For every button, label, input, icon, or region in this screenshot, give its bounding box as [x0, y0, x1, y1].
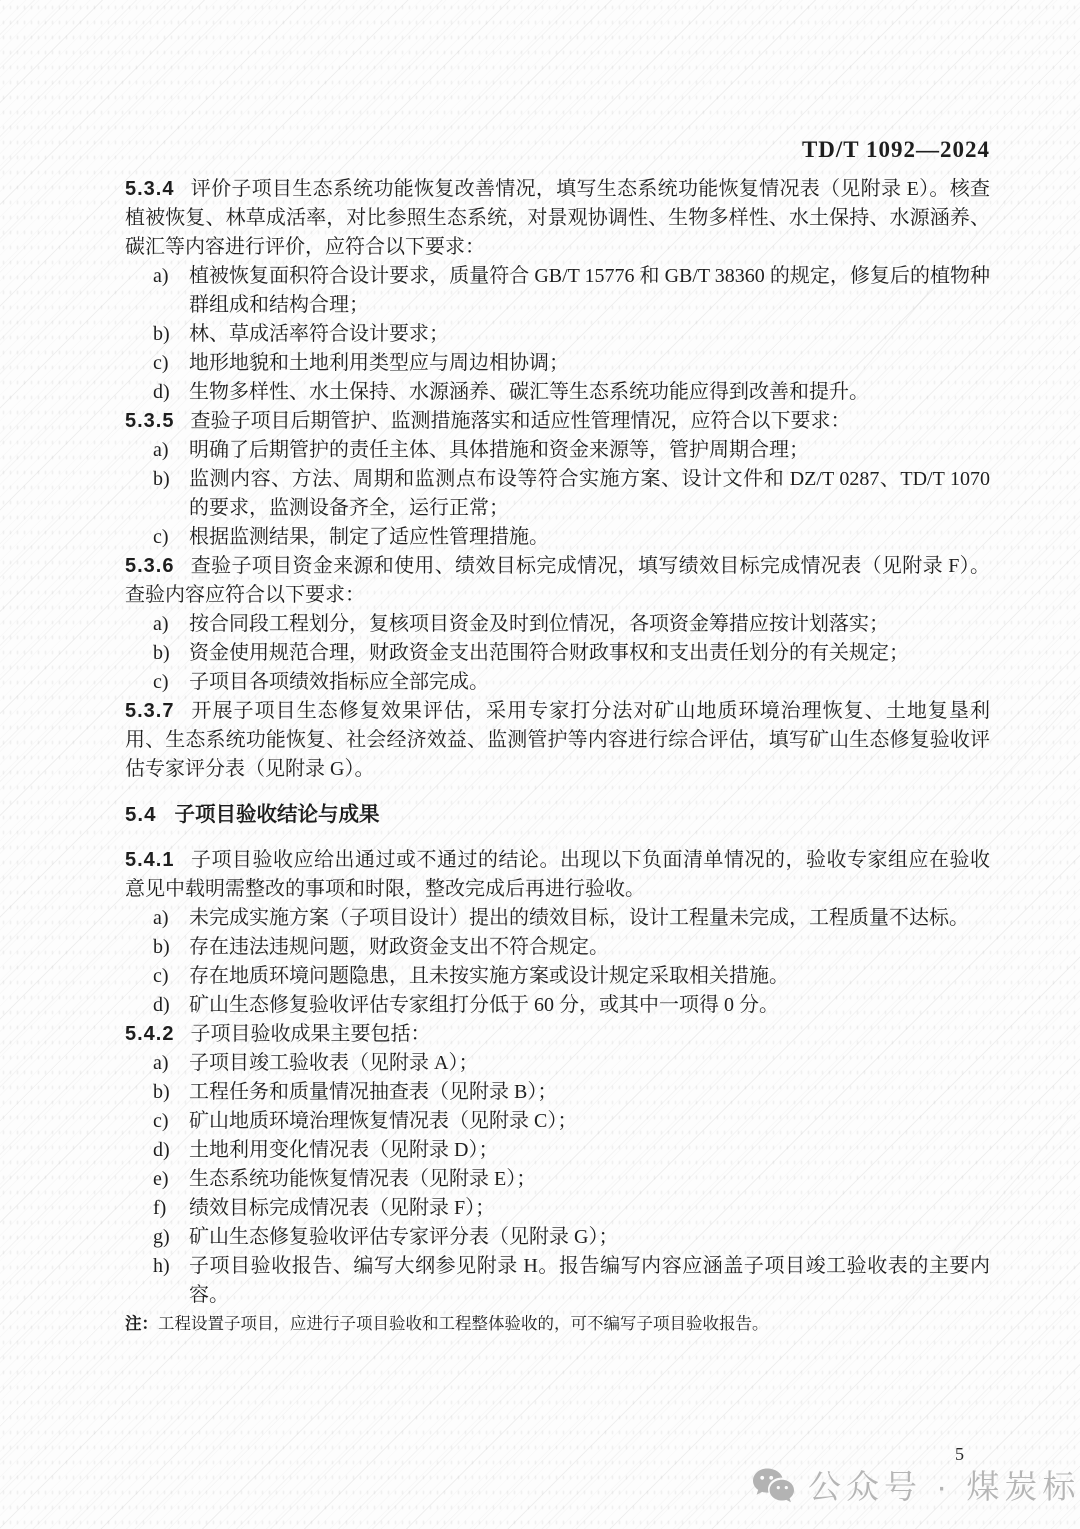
- item-label: c): [153, 962, 189, 991]
- item-text: 植被恢复面积符合设计要求，质量符合 GB/T 15776 和 GB/T 3836…: [189, 262, 990, 320]
- list-item-d: d)生物多样性、水土保持、水源涵养、碳汇等生态系统功能应得到改善和提升。: [125, 378, 990, 407]
- item-text: 矿山生态修复验收评估专家评分表（见附录 G）；: [189, 1223, 990, 1252]
- list-item-g: g)矿山生态修复验收评估专家评分表（见附录 G）；: [125, 1223, 990, 1252]
- list-item-a: a)植被恢复面积符合设计要求，质量符合 GB/T 15776 和 GB/T 38…: [125, 262, 990, 320]
- item-label: b): [153, 639, 189, 668]
- item-label: b): [153, 1078, 189, 1107]
- item-text: 监测内容、方法、周期和监测点布设等符合实施方案、设计文件和 DZ/T 0287、…: [189, 465, 990, 523]
- clause-5-3-4: 5.3.4评价子项目生态系统功能恢复改善情况，填写生态系统功能恢复情况表（见附录…: [125, 175, 990, 262]
- item-text: 资金使用规范合理，财政资金支出范围符合财政事权和支出责任划分的有关规定；: [189, 639, 990, 668]
- clause-text: 查验子项目资金来源和使用、绩效目标完成情况，填写绩效目标完成情况表（见附录 F）…: [125, 555, 990, 606]
- item-label: a): [153, 436, 189, 465]
- item-label: g): [153, 1223, 189, 1252]
- item-text: 绩效目标完成情况表（见附录 F）；: [189, 1194, 990, 1223]
- item-text: 生态系统功能恢复情况表（见附录 E）；: [189, 1165, 990, 1194]
- list-item-a: a)按合同段工程划分，复核项目资金及时到位情况，各项资金筹措应按计划落实；: [125, 610, 990, 639]
- item-label: e): [153, 1165, 189, 1194]
- clause-number: 5.4.1: [125, 849, 174, 871]
- list-item-f: f)绩效目标完成情况表（见附录 F）；: [125, 1194, 990, 1223]
- clause-number: 5.3.5: [125, 410, 174, 432]
- standard-number: TD/T 1092—2024: [802, 137, 990, 163]
- list-item-c: c)存在地质环境问题隐患，且未按实施方案或设计规定采取相关措施。: [125, 962, 990, 991]
- note-text: 工程设置子项目，应进行子项目验收和工程整体验收的，可不编写子项目验收报告。: [158, 1314, 769, 1333]
- document-page: TD/T 1092—2024 5.3.4评价子项目生态系统功能恢复改善情况，填写…: [0, 0, 1080, 1529]
- clause-text: 查验子项目后期管护、监测措施落实和适应性管理情况，应符合以下要求：: [190, 410, 850, 432]
- list-item-c: c)地形地貌和土地利用类型应与周边相协调；: [125, 349, 990, 378]
- item-label: c): [153, 349, 189, 378]
- list-item-a: a)明确了后期管护的责任主体、具体措施和资金来源等，管护周期合理；: [125, 436, 990, 465]
- list-item-d: d)矿山生态修复验收评估专家组打分低于 60 分，或其中一项得 0 分。: [125, 991, 990, 1020]
- list-item-d: d)土地利用变化情况表（见附录 D）；: [125, 1136, 990, 1165]
- note: 注：工程设置子项目，应进行子项目验收和工程整体验收的，可不编写子项目验收报告。: [125, 1311, 990, 1337]
- section-heading-5-4: 5.4子项目验收结论与成果: [125, 800, 990, 829]
- list-item-a: a)子项目竣工验收表（见附录 A）；: [125, 1049, 990, 1078]
- watermark: 公众号 · 煤炭标准: [752, 1461, 1080, 1508]
- item-label: a): [153, 262, 189, 320]
- item-text: 子项目各项绩效指标应全部完成。: [189, 668, 990, 697]
- list-item-b: b)工程任务和质量情况抽查表（见附录 B）；: [125, 1078, 990, 1107]
- clause-number: 5.3.4: [125, 178, 174, 200]
- item-text: 子项目竣工验收表（见附录 A）；: [189, 1049, 990, 1078]
- list-item-c: c)子项目各项绩效指标应全部完成。: [125, 668, 990, 697]
- note-label: 注：: [125, 1315, 158, 1333]
- document-body: 5.3.4评价子项目生态系统功能恢复改善情况，填写生态系统功能恢复情况表（见附录…: [125, 175, 990, 1337]
- list-item-a: a)未完成实施方案（子项目设计）提出的绩效目标，设计工程量未完成，工程质量不达标…: [125, 904, 990, 933]
- item-text: 工程任务和质量情况抽查表（见附录 B）；: [189, 1078, 990, 1107]
- clause-number: 5.3.7: [125, 700, 174, 722]
- list-item-b: b)存在违法违规问题，财政资金支出不符合规定。: [125, 933, 990, 962]
- item-text: 未完成实施方案（子项目设计）提出的绩效目标，设计工程量未完成，工程质量不达标。: [189, 904, 990, 933]
- list-item-b: b)监测内容、方法、周期和监测点布设等符合实施方案、设计文件和 DZ/T 028…: [125, 465, 990, 523]
- item-text: 林、草成活率符合设计要求；: [189, 320, 990, 349]
- clause-number: 5.4: [125, 803, 157, 826]
- clause-5-4-2: 5.4.2子项目验收成果主要包括：: [125, 1020, 990, 1049]
- wechat-icon: [752, 1467, 796, 1503]
- item-label: b): [153, 465, 189, 523]
- clause-text: 评价子项目生态系统功能恢复改善情况，填写生态系统功能恢复情况表（见附录 E）。核…: [125, 178, 990, 258]
- item-text: 生物多样性、水土保持、水源涵养、碳汇等生态系统功能应得到改善和提升。: [189, 378, 990, 407]
- item-text: 按合同段工程划分，复核项目资金及时到位情况，各项资金筹措应按计划落实；: [189, 610, 990, 639]
- clause-number: 5.4.2: [125, 1023, 174, 1045]
- item-label: c): [153, 668, 189, 697]
- item-label: c): [153, 523, 189, 552]
- item-text: 存在违法违规问题，财政资金支出不符合规定。: [189, 933, 990, 962]
- item-label: d): [153, 1136, 189, 1165]
- list-item-b: b)资金使用规范合理，财政资金支出范围符合财政事权和支出责任划分的有关规定；: [125, 639, 990, 668]
- item-label: a): [153, 904, 189, 933]
- item-text: 地形地貌和土地利用类型应与周边相协调；: [189, 349, 990, 378]
- item-label: f): [153, 1194, 189, 1223]
- clause-number: 5.3.6: [125, 555, 174, 577]
- item-label: d): [153, 991, 189, 1020]
- clause-5-3-6: 5.3.6查验子项目资金来源和使用、绩效目标完成情况，填写绩效目标完成情况表（见…: [125, 552, 990, 610]
- list-item-b: b)林、草成活率符合设计要求；: [125, 320, 990, 349]
- item-text: 矿山地质环境治理恢复情况表（见附录 C）；: [189, 1107, 990, 1136]
- clause-text: 子项目验收成果主要包括：: [190, 1023, 430, 1045]
- item-text: 土地利用变化情况表（见附录 D）；: [189, 1136, 990, 1165]
- list-item-e: e)生态系统功能恢复情况表（见附录 E）；: [125, 1165, 990, 1194]
- clause-5-3-5: 5.3.5查验子项目后期管护、监测措施落实和适应性管理情况，应符合以下要求：: [125, 407, 990, 436]
- item-label: b): [153, 933, 189, 962]
- item-text: 存在地质环境问题隐患，且未按实施方案或设计规定采取相关措施。: [189, 962, 990, 991]
- clause-text: 子项目验收应给出通过或不通过的结论。出现以下负面清单情况的，验收专家组应在验收意…: [125, 849, 990, 900]
- item-label: d): [153, 378, 189, 407]
- heading-text: 子项目验收结论与成果: [175, 803, 380, 826]
- item-label: a): [153, 1049, 189, 1078]
- item-text: 矿山生态修复验收评估专家组打分低于 60 分，或其中一项得 0 分。: [189, 991, 990, 1020]
- item-label: a): [153, 610, 189, 639]
- clause-5-3-7: 5.3.7开展子项目生态修复效果评估，采用专家打分法对矿山地质环境治理恢复、土地…: [125, 697, 990, 784]
- watermark-text: 公众号 · 煤炭标准: [808, 1461, 1080, 1508]
- item-label: h): [153, 1252, 189, 1310]
- clause-5-4-1: 5.4.1子项目验收应给出通过或不通过的结论。出现以下负面清单情况的，验收专家组…: [125, 846, 990, 904]
- item-label: b): [153, 320, 189, 349]
- list-item-h: h)子项目验收报告、编写大纲参见附录 H。报告编写内容应涵盖子项目竣工验收表的主…: [125, 1252, 990, 1310]
- item-text: 子项目验收报告、编写大纲参见附录 H。报告编写内容应涵盖子项目竣工验收表的主要内…: [189, 1252, 990, 1310]
- item-label: c): [153, 1107, 189, 1136]
- list-item-c: c)矿山地质环境治理恢复情况表（见附录 C）；: [125, 1107, 990, 1136]
- clause-text: 开展子项目生态修复效果评估，采用专家打分法对矿山地质环境治理恢复、土地复垦利用、…: [125, 700, 990, 780]
- item-text: 明确了后期管护的责任主体、具体措施和资金来源等，管护周期合理；: [189, 436, 990, 465]
- list-item-c: c)根据监测结果，制定了适应性管理措施。: [125, 523, 990, 552]
- item-text: 根据监测结果，制定了适应性管理措施。: [189, 523, 990, 552]
